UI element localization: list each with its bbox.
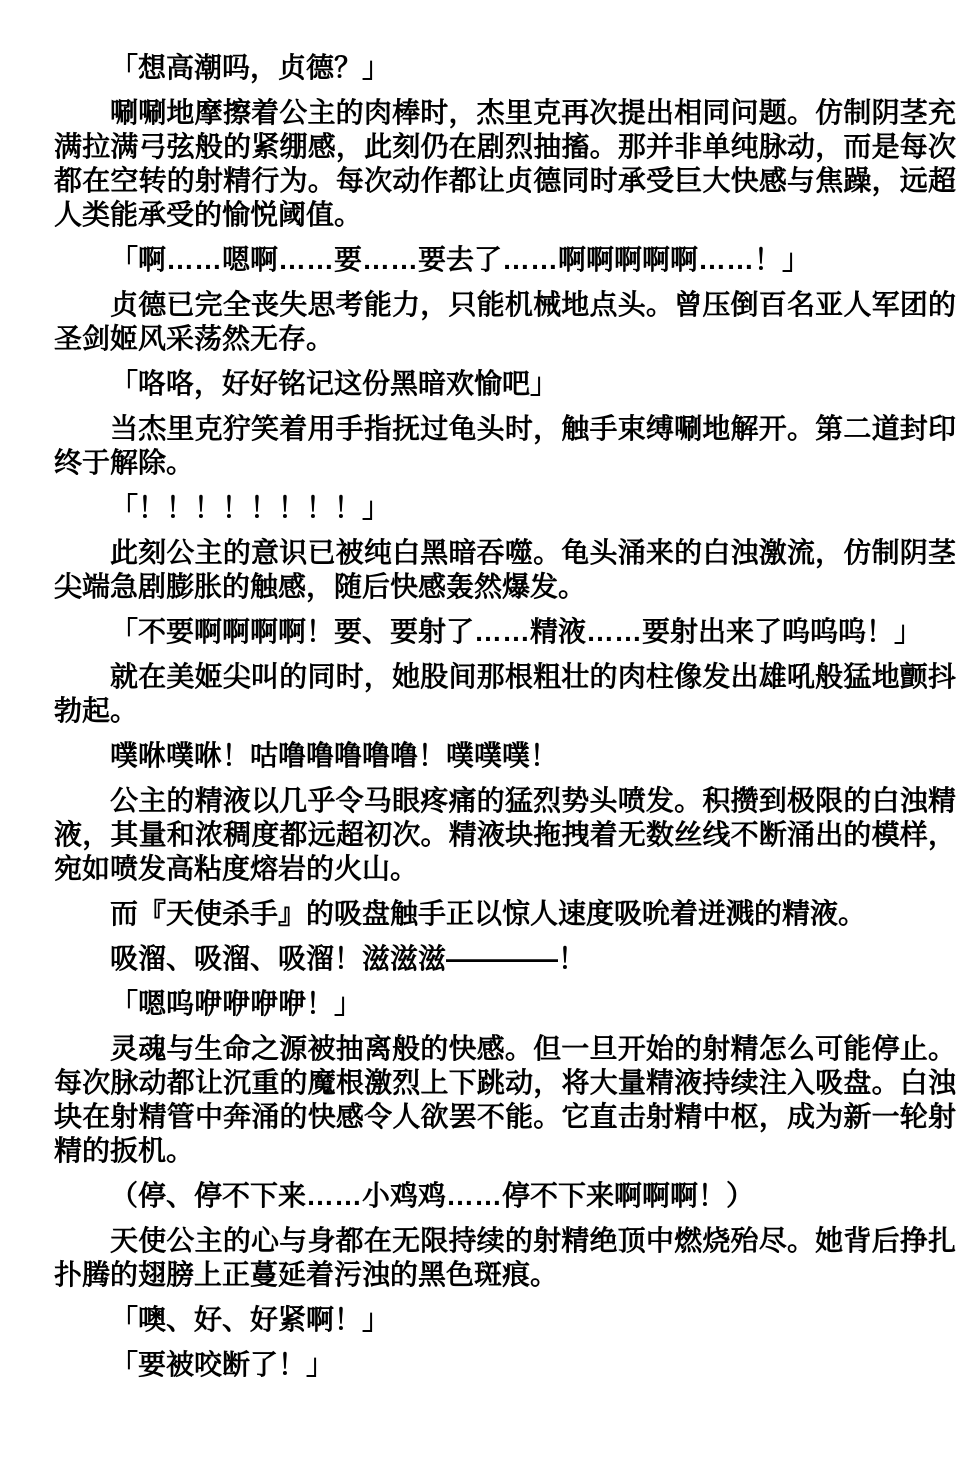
paragraph-17: （停、停不下来……小鸡鸡……停不下来啊啊啊！） — [54, 1179, 956, 1213]
paragraph-10: 就在美姬尖叫的同时，她股间那根粗壮的肉柱像发出雄吼般猛地颤抖勃起。 — [54, 660, 956, 728]
novel-page: 「想高潮吗，贞德？」唰唰地摩擦着公主的肉棒时，杰里克再次提出相同问题。仿制阴茎充… — [0, 0, 974, 1459]
paragraph-20: 「要被咬断了！」 — [54, 1348, 956, 1382]
paragraph-13: 而『天使杀手』的吸盘触手正以惊人速度吸吮着迸溅的精液。 — [54, 897, 956, 931]
paragraph-5: 「咯咯，好好铭记这份黑暗欢愉吧」 — [54, 367, 956, 401]
paragraph-18: 天使公主的心与身都在无限持续的射精绝顶中燃烧殆尽。她背后挣扎扑腾的翅膀上正蔓延着… — [54, 1224, 956, 1292]
paragraph-14: 吸溜、吸溜、吸溜！滋滋滋————！ — [54, 942, 956, 976]
paragraph-9: 「不要啊啊啊啊！要、要射了……精液……要射出来了呜呜呜！」 — [54, 615, 956, 649]
paragraph-4: 贞德已完全丧失思考能力，只能机械地点头。曾压倒百名亚人军团的圣剑姬风采荡然无存。 — [54, 288, 956, 356]
paragraph-15: 「嗯呜咿咿咿咿！」 — [54, 987, 956, 1021]
paragraph-6: 当杰里克狞笑着用手指抚过龟头时，触手束缚唰地解开。第二道封印终于解除。 — [54, 412, 956, 480]
paragraph-7: 「！！！！！！！！」 — [54, 491, 956, 525]
paragraph-16: 灵魂与生命之源被抽离般的快感。但一旦开始的射精怎么可能停止。每次脉动都让沉重的魔… — [54, 1032, 956, 1168]
paragraph-8: 此刻公主的意识已被纯白黑暗吞噬。龟头涌来的白浊激流，仿制阴茎尖端急剧膨胀的触感，… — [54, 536, 956, 604]
paragraph-2: 唰唰地摩擦着公主的肉棒时，杰里克再次提出相同问题。仿制阴茎充满拉满弓弦般的紧绷感… — [54, 96, 956, 232]
paragraph-1: 「想高潮吗，贞德？」 — [54, 51, 956, 85]
paragraph-11: 噗咻噗咻！咕噜噜噜噜噜！噗噗噗！ — [54, 739, 956, 773]
paragraph-3: 「啊……嗯啊……要……要去了……啊啊啊啊啊……！」 — [54, 243, 956, 277]
paragraph-19: 「噢、好、好紧啊！」 — [54, 1303, 956, 1337]
paragraph-12: 公主的精液以几乎令马眼疼痛的猛烈势头喷发。积攒到极限的白浊精液，其量和浓稠度都远… — [54, 784, 956, 886]
